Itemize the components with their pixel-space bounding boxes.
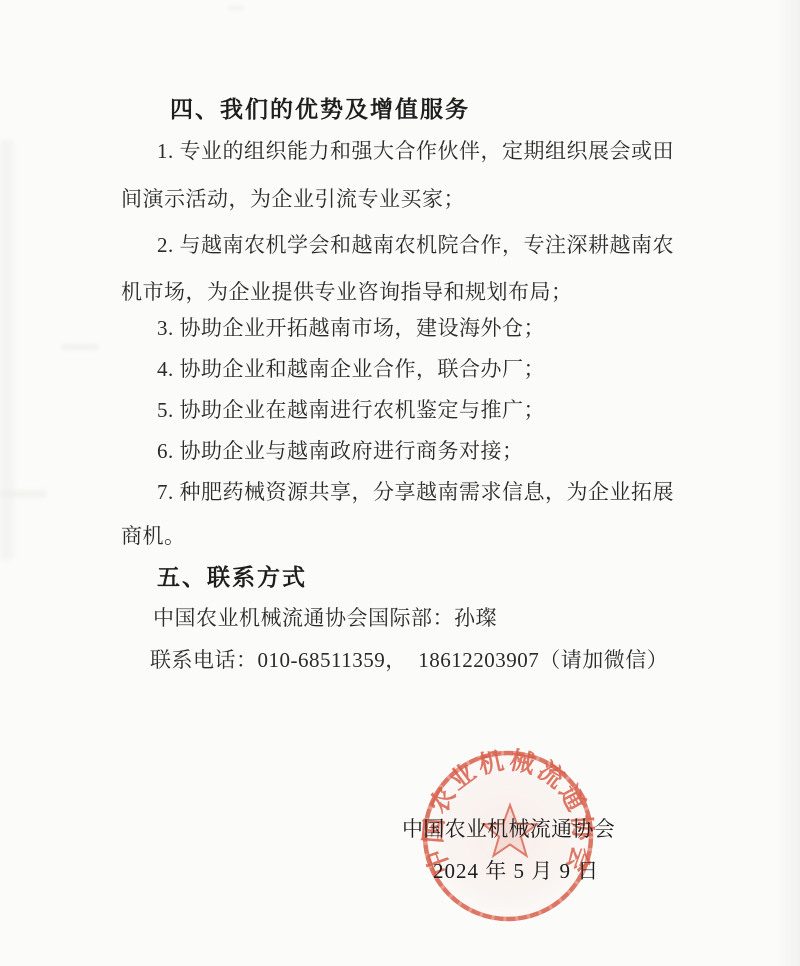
- service-item-line: 1. 专业的组织能力和强大合作伙伴，定期组织展会或田: [157, 139, 674, 163]
- scan-artifact: [0, 490, 46, 498]
- service-item-line: 4. 协助企业和越南企业合作，联合办厂；: [157, 357, 545, 381]
- section-contact-heading: 五、联系方式: [157, 564, 307, 590]
- service-item-line: 间演示活动，为企业引流专业买家；: [121, 187, 465, 211]
- service-item-line: 3. 协助企业开拓越南市场，建设海外仓；: [157, 316, 545, 340]
- service-item-line: 5. 协助企业在越南进行农机鉴定与推广；: [157, 398, 545, 422]
- service-item-line: 机市场，为企业提供专业咨询指导和规划布局；: [121, 280, 573, 304]
- signature-date: 2024 年 5 月 9 日: [433, 859, 599, 883]
- section-advantages-heading: 四、我们的优势及增值服务: [170, 96, 470, 122]
- contact-department-line: 中国农业机械流通协会国际部：孙璨: [153, 606, 497, 630]
- service-item-line: 2. 与越南农机学会和越南农机院合作，专注深耕越南农: [157, 233, 674, 257]
- scan-artifact: [228, 6, 244, 10]
- service-item-line: 商机。: [121, 524, 186, 548]
- scan-artifact: [774, 0, 800, 966]
- service-item-line: 7. 种肥药械资源共享，分享越南需求信息，为企业拓展: [157, 480, 674, 504]
- document-page: 四、我们的优势及增值服务 1. 专业的组织能力和强大合作伙伴，定期组织展会或田间…: [0, 0, 800, 966]
- signature-organization: 中国农业机械流通协会: [402, 817, 615, 841]
- scan-artifact: [62, 344, 98, 350]
- service-item-line: 6. 协助企业与越南政府进行商务对接；: [157, 439, 524, 463]
- contact-phone-line: 联系电话：010-68511359， 18612203907（请加微信）: [150, 648, 668, 672]
